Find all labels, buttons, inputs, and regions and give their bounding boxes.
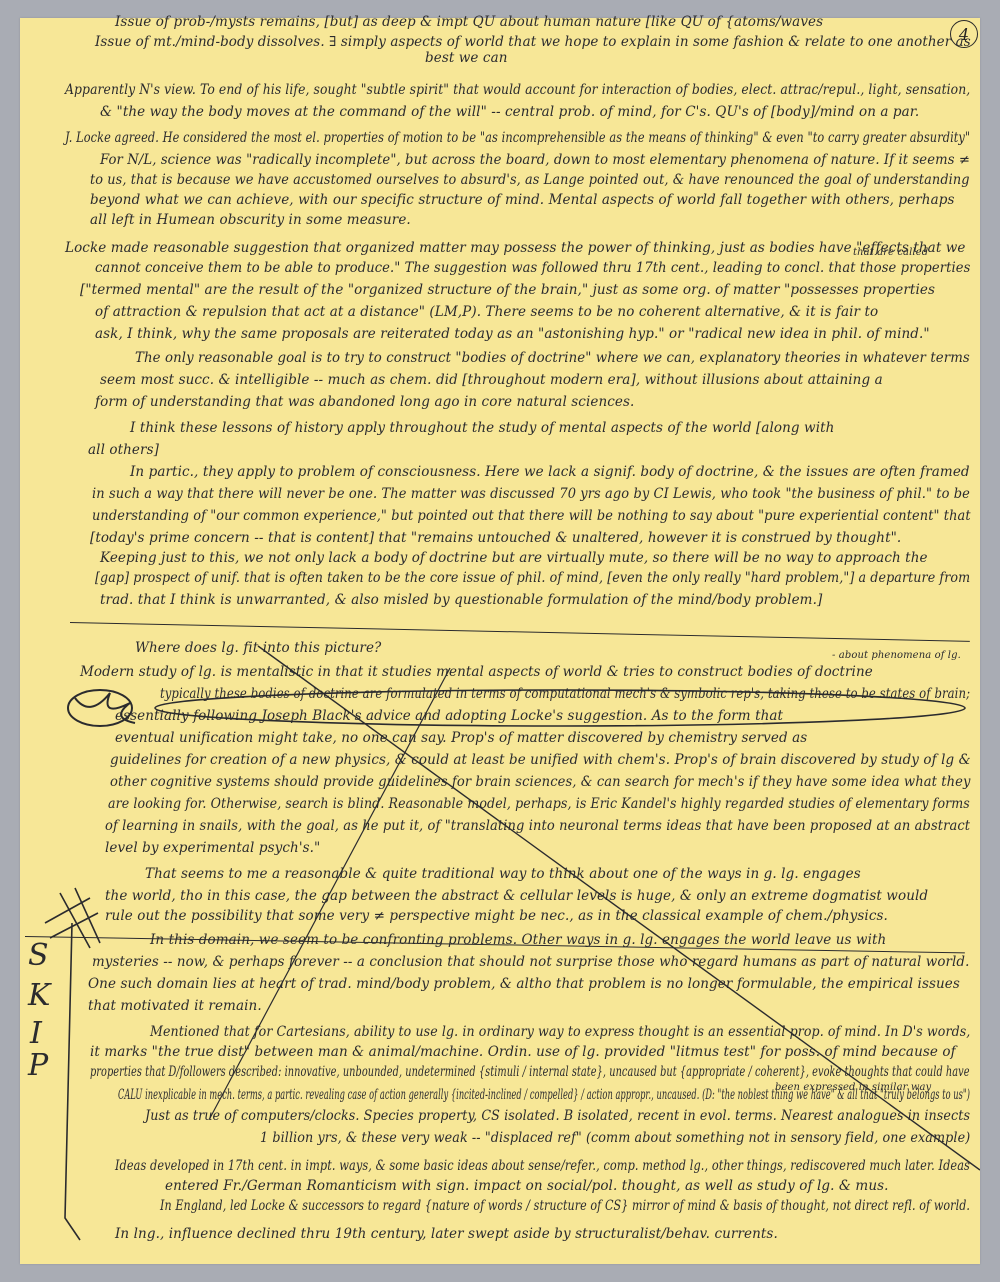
manuscript-line: Apparently N's view. To end of his life,… [65, 82, 970, 98]
manuscript-line: Issue of prob-/mysts remains, [but] as d… [115, 14, 823, 30]
skip-letter-s: S [28, 938, 49, 973]
skip-letter-k: K [28, 978, 50, 1013]
manuscript-line: ask, I think, why the same proposals are… [95, 326, 930, 342]
manuscript-page: 4 Issue of prob-/mysts remains, [but] as… [20, 18, 980, 1264]
manuscript-line: Where does lg. fit into this picture? [135, 640, 381, 656]
manuscript-line: 1 billion yrs, & these very weak -- "dis… [260, 1130, 970, 1146]
manuscript-line: essentially following Joseph Black's adv… [115, 708, 783, 724]
manuscript-line: For N/L, science was "radically incomple… [100, 152, 970, 168]
manuscript-line: Ideas developed in 17th cent. in impt. w… [115, 1158, 970, 1174]
manuscript-line: Issue of mt./mind-body dissolves. ∃ simp… [95, 34, 971, 50]
manuscript-line: In partic., they apply to problem of con… [130, 464, 970, 480]
manuscript-line: [gap] prospect of unif. that is often ta… [95, 570, 970, 586]
manuscript-line: - about phenomena of lg. [832, 650, 961, 661]
manuscript-line: J. Locke agreed. He considered the most … [65, 130, 970, 146]
manuscript-line: it marks "the true dist" between man & a… [90, 1044, 956, 1060]
manuscript-line: level by experimental psych's." [105, 840, 320, 856]
manuscript-line: beyond what we can achieve, with our spe… [90, 192, 955, 208]
manuscript-line: Locke made reasonable suggestion that or… [65, 240, 965, 256]
manuscript-line: rule out the possibility that some very … [105, 908, 888, 924]
manuscript-line: all left in Humean obscurity in some mea… [90, 212, 411, 228]
manuscript-line: mysteries -- now, & perhaps forever -- a… [92, 954, 969, 970]
skip-letter-p: P [28, 1048, 48, 1083]
manuscript-line: guidelines for creation of a new physics… [110, 752, 971, 768]
manuscript-line: all others] [88, 442, 159, 458]
manuscript-line: of attraction & repulsion that act at a … [95, 304, 878, 320]
manuscript-line: form of understanding that was abandoned… [95, 394, 634, 410]
manuscript-line: I think these lessons of history apply t… [130, 420, 834, 436]
manuscript-line: Keeping just to this, we not only lack a… [100, 550, 928, 566]
manuscript-line: properties that D/followers described: i… [90, 1064, 970, 1080]
manuscript-line: typically these bodies of doctrine are f… [160, 686, 970, 702]
manuscript-line: best we can [425, 50, 508, 66]
manuscript-line: Just as true of computers/clocks. Specie… [145, 1108, 970, 1124]
manuscript-line: are looking for. Otherwise, search is bl… [108, 796, 970, 812]
skip-margin-note: S K I P [20, 898, 64, 1268]
manuscript-line: The only reasonable goal is to try to co… [135, 350, 970, 366]
manuscript-line: in such a way that there will never be o… [92, 486, 970, 502]
manuscript-line: [today's prime concern -- that is conten… [90, 530, 901, 546]
manuscript-line: CALU inexplicable in mech. terms, a part… [118, 1087, 970, 1103]
manuscript-line: That seems to me a reasonable & quite tr… [145, 866, 861, 882]
manuscript-line: Modern study of lg. is mentalistic in th… [80, 664, 873, 680]
manuscript-line: & "the way the body moves at the command… [100, 104, 919, 120]
manuscript-line: the world, tho in this case, the gap bet… [105, 888, 928, 904]
manuscript-line: ["termed mental" are the result of the "… [80, 282, 935, 298]
manuscript-line: eventual unification might take, no one … [115, 730, 807, 746]
manuscript-line: Mentioned that for Cartesians, ability t… [150, 1024, 970, 1040]
manuscript-line: seem most succ. & intelligible -- much a… [100, 372, 883, 388]
manuscript-line: trad. that I think is unwarranted, & als… [100, 592, 822, 608]
manuscript-line: One such domain lies at heart of trad. m… [88, 976, 960, 992]
manuscript-line: entered Fr./German Romanticism with sign… [165, 1178, 889, 1194]
manuscript-line: that are called [853, 247, 928, 258]
manuscript-line: In lng., influence declined thru 19th ce… [115, 1226, 778, 1242]
manuscript-line: other cognitive systems should provide g… [110, 774, 971, 790]
skip-bracket [65, 923, 80, 1240]
manuscript-line: cannot conceive them to be able to produ… [95, 260, 970, 276]
skip-letter-i: I [30, 1016, 42, 1051]
horizontal-divider-stroke [70, 622, 970, 642]
manuscript-line: to us, that is because we have accustome… [90, 172, 970, 188]
manuscript-line: that motivated it remain. [88, 998, 262, 1014]
manuscript-line: understanding of "our common experience,… [92, 508, 971, 524]
manuscript-line: In England, led Locke & successors to re… [160, 1198, 970, 1214]
manuscript-line: of learning in snails, with the goal, as… [105, 818, 970, 834]
